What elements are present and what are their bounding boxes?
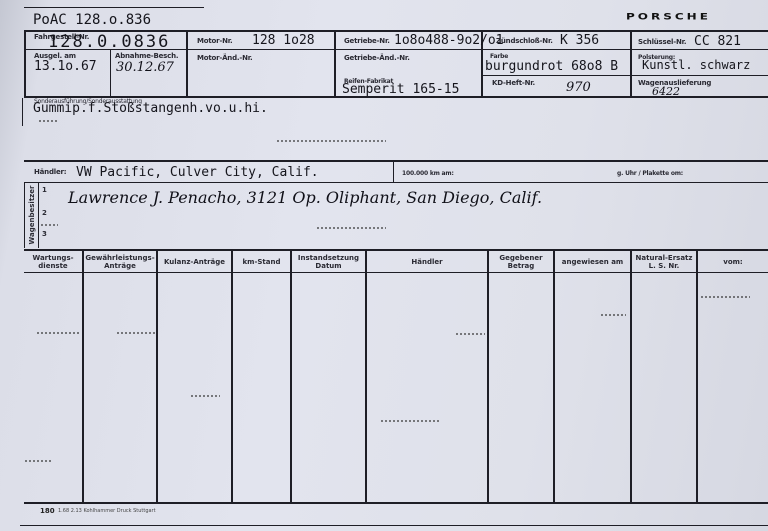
km-label: 100.000 km am: (402, 170, 454, 177)
ignition-label: Zündschloß-Nr. (496, 37, 553, 45)
acceptance-label: Abnahme-Besch. (115, 52, 178, 60)
row-rule-color (481, 75, 631, 76)
special-left-mark (22, 98, 23, 126)
col-divider (231, 250, 233, 502)
row-rule-delivery (630, 75, 768, 76)
dealer-divider (393, 162, 394, 182)
print-note: 1.68 2.13 Kohlhammer Druck Stuttgart (58, 508, 156, 514)
column-header-repair-date: Instandsetzung Datum (292, 252, 365, 272)
column-header-dealer: Händler (367, 252, 487, 272)
dealer-value: VW Pacific, Culver City, Calif. (76, 165, 319, 180)
dot-artifact (276, 140, 386, 142)
dot-artifact (600, 314, 626, 316)
column-header-paid-on: angewiesen am (555, 252, 630, 272)
header-box-left (24, 30, 26, 98)
clock-label: g. Uhr / Plakette om: (617, 170, 683, 177)
issued-value: 13.1o.67 (34, 59, 97, 74)
table-header-rule (24, 272, 768, 273)
column-header-warranty: Gewährleistungs- Anträge (84, 252, 156, 272)
gearbox-label: Getriebe-Nr. (344, 37, 390, 45)
dot-artifact (700, 296, 750, 298)
owner-line-3-num: 3 (42, 230, 47, 238)
kd-value: 970 (566, 80, 591, 95)
col-divider (156, 250, 158, 502)
dot-artifact (380, 420, 440, 422)
table-top-rule (24, 249, 768, 251)
divider-issued (110, 49, 111, 96)
divider-1 (186, 30, 188, 98)
chassis-value: 128.0.0836 (48, 32, 170, 52)
dealer-top-rule (24, 160, 768, 162)
divider-4 (630, 30, 632, 98)
color-value: burgundrot 68o8 B (485, 59, 618, 74)
top-rule (24, 7, 204, 8)
column-header-replacement: Natural-Ersatz L. S. Nr. (632, 252, 696, 272)
gearbox-change-label: Getriebe-Änd.-Nr. (344, 54, 410, 62)
column-header-mileage: km-Stand (233, 252, 290, 272)
kd-label: KD-Heft-Nr. (492, 79, 535, 87)
ignition-value: K 356 (560, 33, 599, 48)
dot-artifact (38, 120, 58, 122)
owner-line-1-value: Lawrence J. Penacho, 3121 Op. Oliphant, … (68, 188, 542, 207)
upholstery-value: Kunstl. schwarz (642, 58, 750, 72)
porsche-logo: PORSCHE (626, 12, 711, 22)
print-code: 180 (40, 507, 55, 515)
dealer-label: Händler: (34, 168, 66, 176)
col-divider (487, 250, 489, 502)
engine-label: Motor-Nr. (197, 37, 232, 45)
footer-rule (20, 525, 768, 526)
card-id: PoAC 128.o.836 (33, 12, 151, 28)
key-label: Schlüssel-Nr. (638, 38, 686, 46)
col-divider (696, 250, 698, 502)
col-divider (290, 250, 292, 502)
dot-artifact (36, 332, 80, 334)
engine-value: 128 1o28 (252, 33, 315, 48)
dot-artifact (190, 395, 220, 397)
dot-artifact (455, 333, 485, 335)
special-value: Gummip.f.Stoßstangenh.vo.u.hi. (33, 101, 268, 116)
delivery-value: 6422 (652, 85, 680, 98)
column-header-maintenance: Wartungs- dienste (24, 252, 82, 272)
col-divider (553, 250, 555, 502)
col-divider (82, 250, 84, 502)
column-header-goodwill: Kulanz-Anträge (158, 252, 231, 272)
dealer-bottom-rule (24, 182, 768, 183)
engine-change-label: Motor-Änd.-Nr. (197, 54, 252, 62)
col-divider (365, 250, 367, 502)
owner-section-label: Wagenbesitzer (25, 182, 38, 248)
table-bottom-rule (24, 502, 768, 504)
dot-artifact (316, 227, 386, 229)
dot-artifact (116, 332, 156, 334)
acceptance-value: 30.12.67 (116, 60, 174, 75)
gearbox-value: 1o8o488-9o2/o1 (394, 33, 504, 48)
owner-num-border (38, 182, 39, 248)
column-header-amount: Gegebener Betrag (489, 252, 553, 272)
tire-value: Semperit 165-15 (342, 82, 459, 97)
owner-line-2-num: 2 (42, 209, 47, 217)
dot-artifact (24, 460, 52, 462)
service-record-card: PoAC 128.o.836 PORSCHE Fahrgestell-Nr. 1… (0, 0, 768, 531)
key-value: CC 821 (694, 34, 741, 49)
col-divider (630, 250, 632, 502)
divider-2 (334, 30, 336, 98)
column-header-from: vom: (698, 252, 768, 272)
dot-artifact (40, 224, 58, 226)
owner-line-1-num: 1 (42, 186, 47, 194)
